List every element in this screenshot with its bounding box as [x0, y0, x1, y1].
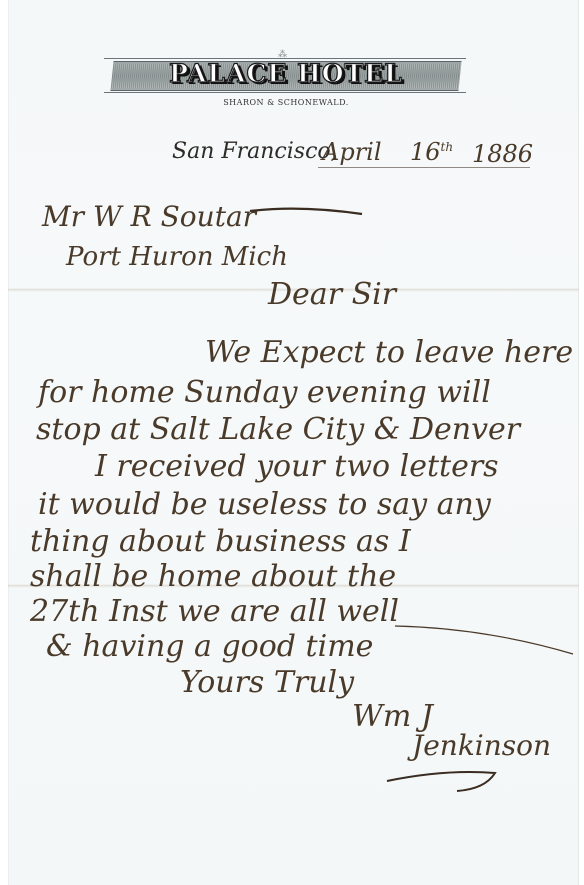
body-line-4: I received your two letters	[95, 452, 499, 482]
time-flourish	[395, 618, 575, 658]
body-line-1: We Expect to leave here	[205, 338, 573, 368]
dateline-day-number: 16	[410, 138, 441, 166]
dateline-city: San Francisco,	[172, 141, 338, 163]
dateline-year: 1886	[472, 142, 533, 166]
recipient-name: Mr W R Soutar	[42, 203, 256, 231]
letterhead: ⁂ PALACE HOTEL SHARON & SCHONEWALD.	[112, 50, 462, 120]
name-flourish	[250, 205, 365, 217]
proprietors: SHARON & SCHONEWALD.	[112, 98, 460, 107]
body-line-6: thing about business as I	[30, 527, 411, 557]
salutation: Dear Sir	[268, 280, 396, 310]
hotel-name: PALACE HOTEL	[112, 58, 460, 90]
signature-flourish	[385, 765, 505, 795]
body-line-5: it would be useless to say any	[38, 490, 491, 520]
signature-last: Jenkinson	[412, 732, 551, 760]
banner-rule	[104, 92, 466, 93]
signature-first: Wm J	[352, 702, 433, 732]
body-line-3: stop at Salt Lake City & Denver	[36, 415, 520, 445]
recipient-location: Port Huron Mich	[66, 244, 288, 270]
body-line-7: shall be home about the	[30, 562, 396, 592]
page: ⁂ PALACE HOTEL SHARON & SCHONEWALD. San …	[0, 0, 584, 885]
dateline-day: 16th	[410, 140, 453, 164]
closing: Yours Truly	[180, 668, 354, 698]
body-line-9: & having a good time	[46, 632, 373, 662]
body-line-2: for home Sunday evening will	[38, 378, 491, 408]
dateline-day-suffix: th	[441, 140, 454, 154]
body-line-8: 27th Inst we are all well	[30, 597, 399, 627]
dateline-month: April	[322, 140, 382, 164]
